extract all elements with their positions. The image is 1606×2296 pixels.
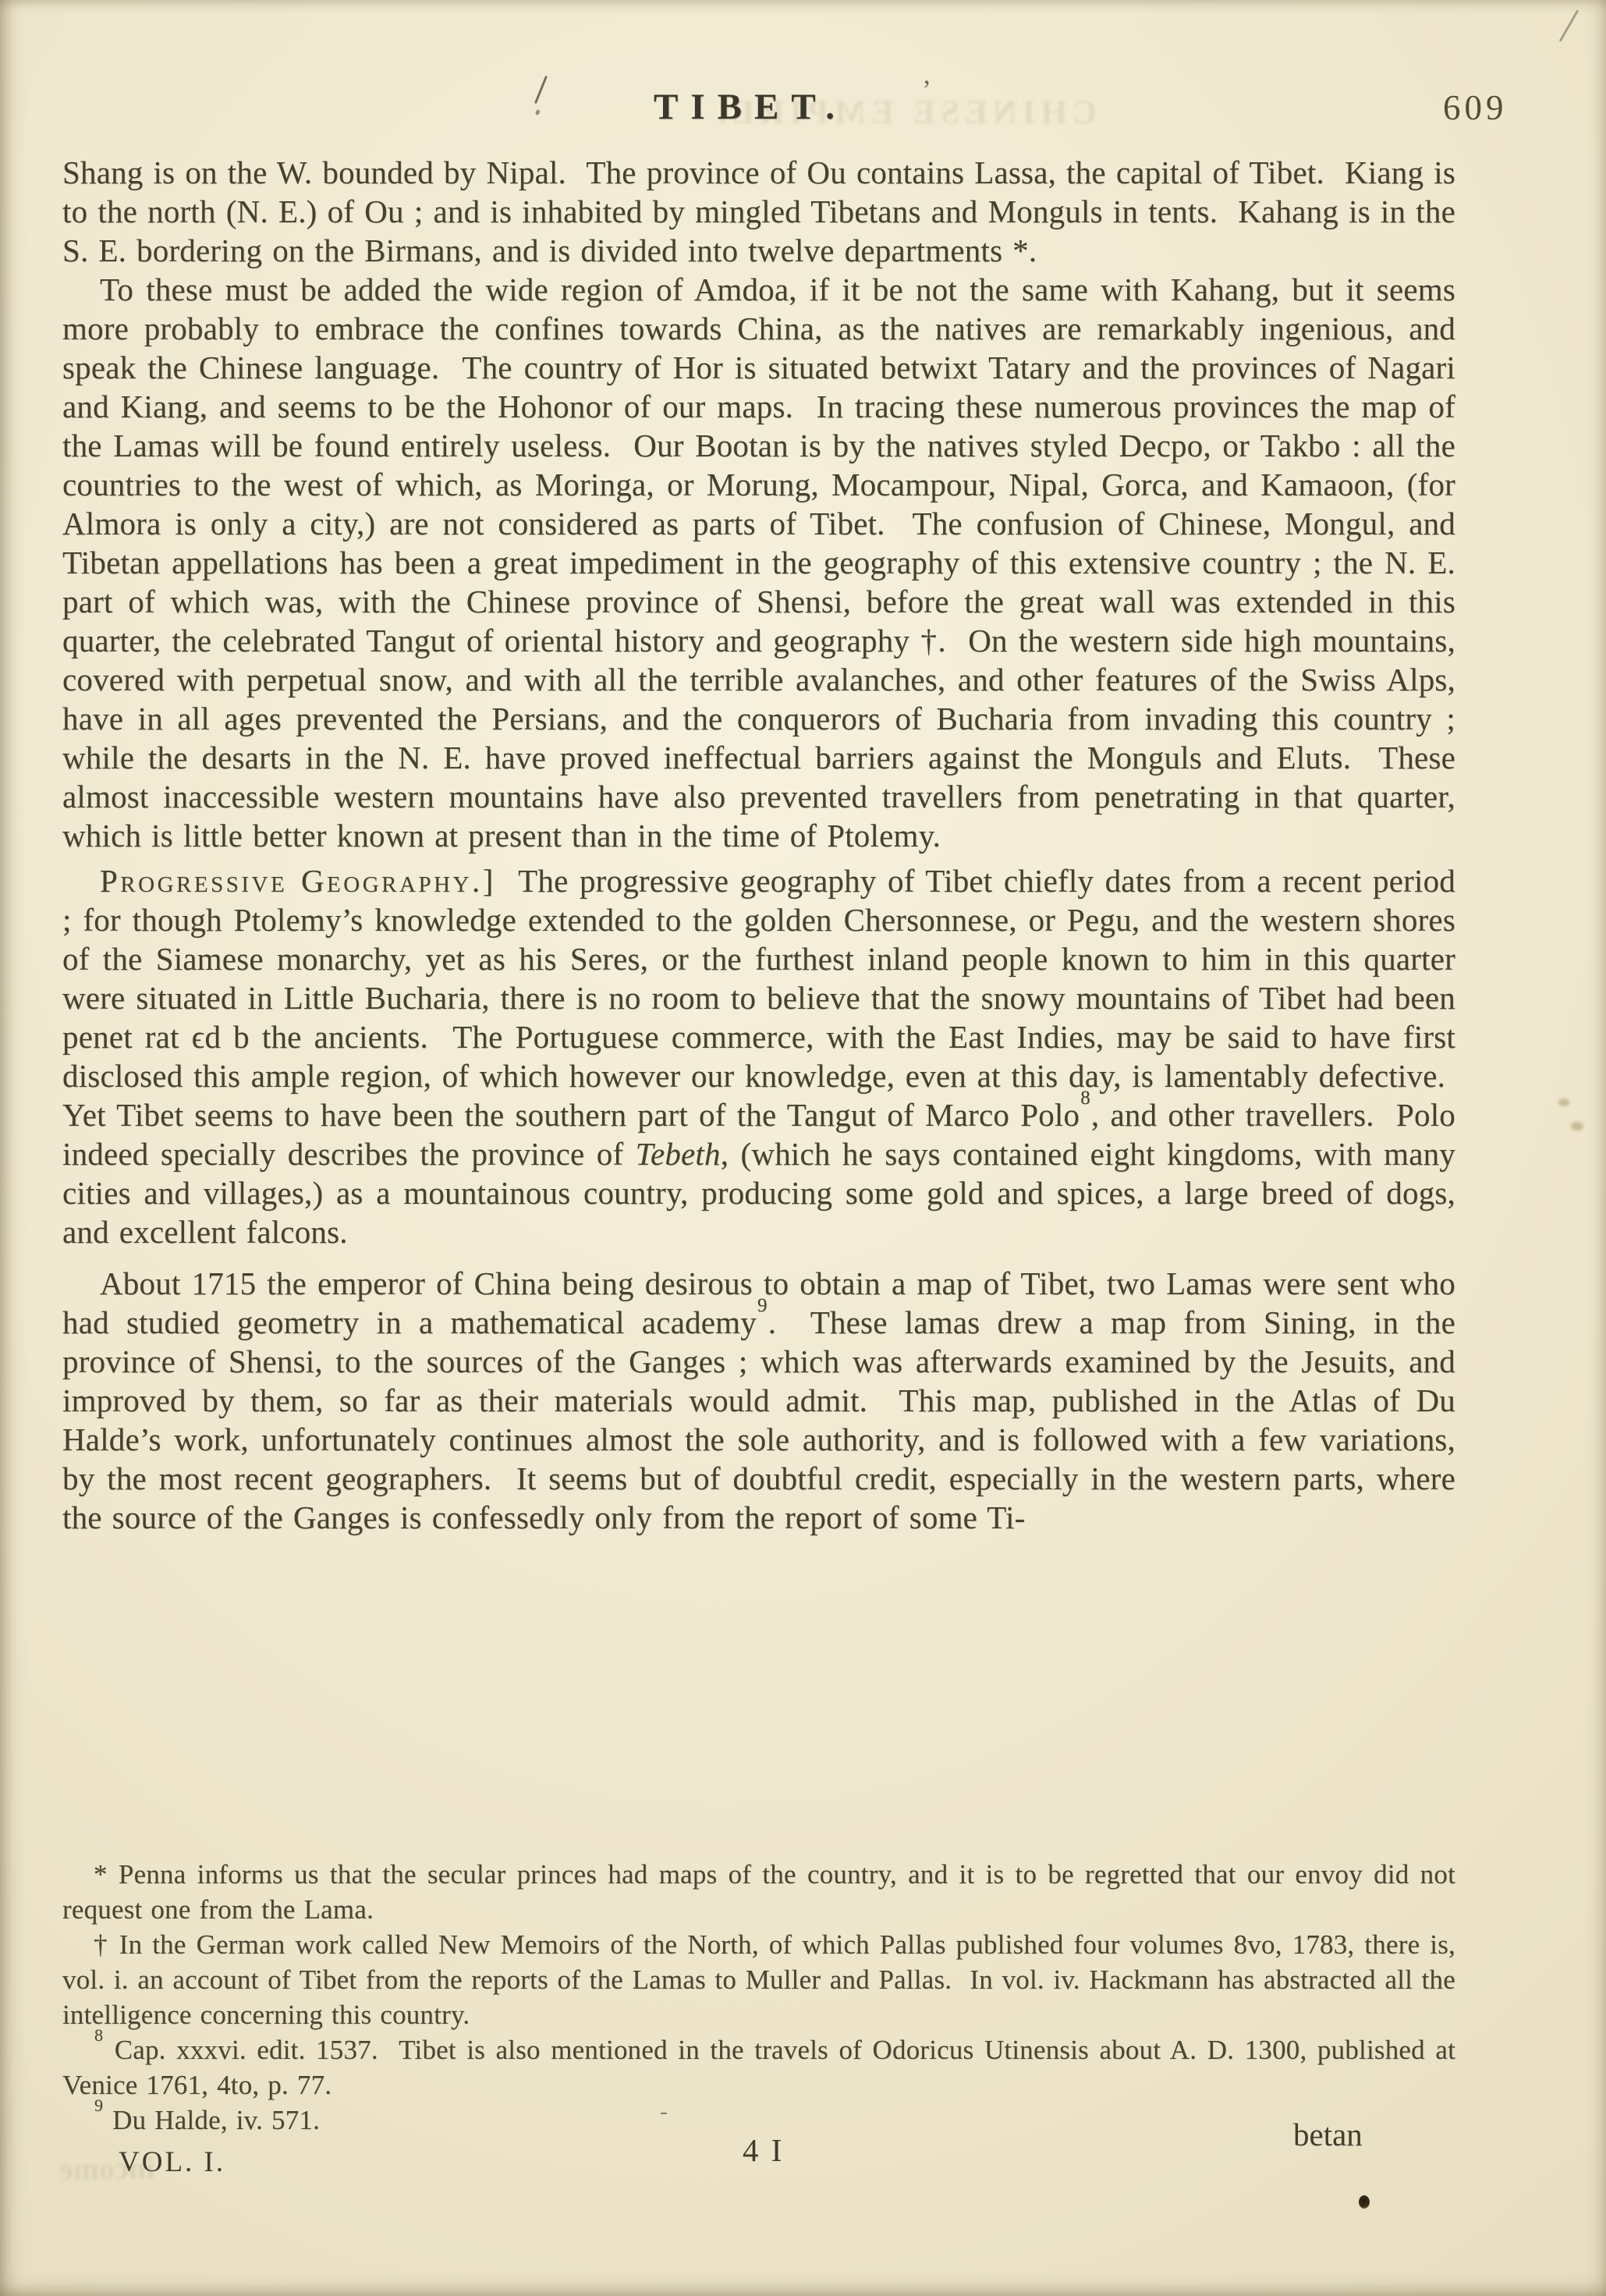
- footnote: † In the German work called New Memoirs …: [62, 1927, 1455, 2032]
- body-paragraphs: Shang is on the W. bounded by Nipal. The…: [62, 153, 1455, 1537]
- paragraph: Progressive Geography.] The progressive …: [62, 861, 1455, 1251]
- book-page: CHINESE EMPIRE. TIBET. 609 ’ Shang is on…: [0, 0, 1606, 2296]
- text-run: Tebeth: [636, 1136, 721, 1172]
- text-run: Shang is on the W. bounded by Nipal. The…: [62, 154, 1455, 268]
- text-run: The progressive geography of Tibet chief…: [62, 863, 1455, 1133]
- footnote-text-run: Du Halde, iv. 571.: [104, 2105, 320, 2135]
- footnote-reference: 9: [94, 2095, 103, 2115]
- signature-mark: 4 I: [743, 2131, 782, 2169]
- footnotes: * Penna informs us that the secular prin…: [62, 1857, 1455, 2138]
- footnote-text-run: † In the German work called New Memoirs …: [62, 1929, 1455, 2030]
- footnote: 8 Cap. xxxvi. edit. 1537. Tibet is also …: [62, 2032, 1455, 2103]
- paragraph: About 1715 the emperor of China being de…: [62, 1264, 1455, 1537]
- footnote-reference: 8: [94, 2025, 103, 2045]
- paragraph: Shang is on the W. bounded by Nipal. The…: [62, 153, 1455, 270]
- footnote-text-run: Cap. xxxvi. edit. 1537. Tibet is also me…: [62, 2035, 1455, 2100]
- footnote-reference: 8: [1080, 1088, 1090, 1109]
- margin-smudge: [1555, 1095, 1588, 1142]
- text-run: Progressive Geography.]: [100, 863, 496, 899]
- text-run: To these must be added the wide region o…: [62, 271, 1455, 853]
- ink-speck: [1359, 2195, 1370, 2209]
- paragraph: To these must be added the wide region o…: [62, 270, 1455, 855]
- page-number: 609: [1443, 87, 1508, 128]
- footnote-text-run: * Penna informs us that the secular prin…: [62, 1859, 1455, 1925]
- bleed-through-bottom: income: [59, 2149, 155, 2188]
- catchword: betan: [1293, 2116, 1363, 2153]
- corner-ink-mark: [1559, 9, 1579, 41]
- page-title: TIBET.: [654, 86, 847, 128]
- footnote: * Penna informs us that the secular prin…: [62, 1857, 1455, 1927]
- dash-mark: -: [660, 2099, 668, 2125]
- apostrophe-ink-mark: ’: [922, 73, 931, 106]
- footnote-reference: 9: [757, 1295, 768, 1316]
